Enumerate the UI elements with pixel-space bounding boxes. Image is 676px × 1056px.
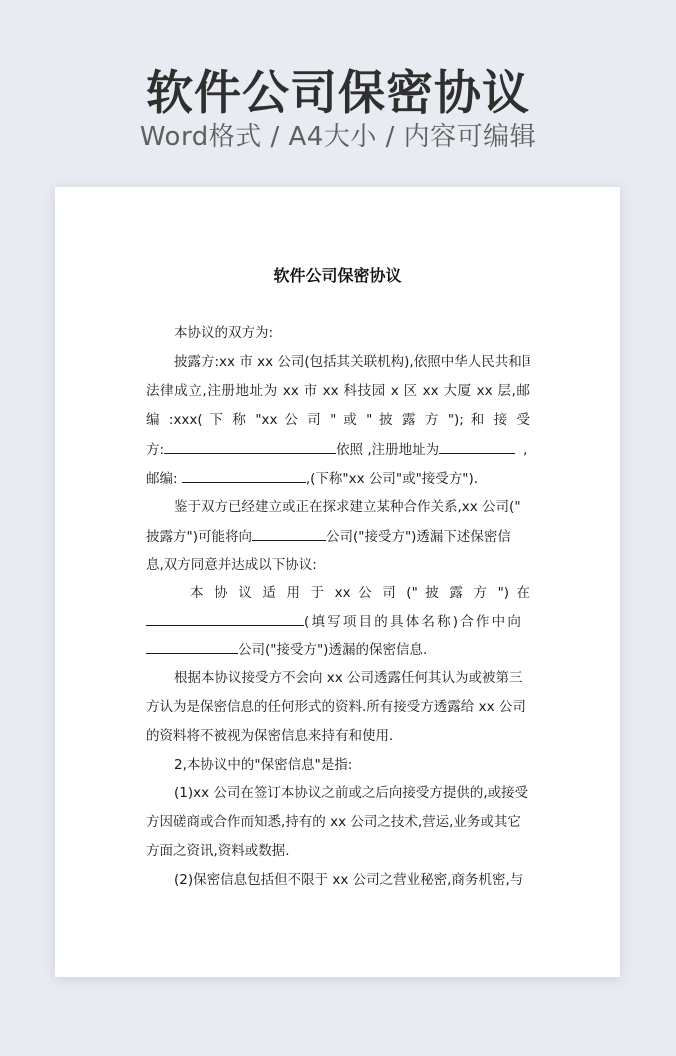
line-text: ,(下称"xx 公司"或"接受方"). (306, 471, 478, 487)
line-text: 公司("接受方")透漏下述保密信 (326, 529, 511, 545)
paragraph-line: 息,双方同意并达成以下协议: (146, 555, 530, 575)
paragraph-line: 方:依照 ,注册地址为, (146, 439, 530, 460)
paragraph-line: 本协议的双方为: (146, 323, 530, 343)
paragraph-line: 方面之资讯,资料或数据. (146, 841, 530, 861)
banner-subtitle: Word格式 / A4大小 / 内容可编辑 (0, 119, 676, 155)
paragraph-line: 披露方:xx 市 xx 公司(包括其关联机构),依照中华人民共和国 (146, 352, 530, 372)
paragraph-line: 法律成立,注册地址为 xx 市 xx 科技园 x 区 xx 大厦 xx 层,邮 (146, 381, 530, 401)
blank-field-recipient-address[interactable] (439, 439, 515, 454)
paragraph-line: 方认为是保密信息的任何形式的资料.所有接受方透露给 xx 公司 (146, 697, 530, 717)
line-text: 披露方")可能将向 (146, 529, 252, 545)
blank-field-postcode[interactable] (182, 468, 306, 483)
paragraph-line: 根据本协议接受方不会向 xx 公司透露任何其认为或被第三 (146, 668, 530, 688)
blank-field-project-name[interactable] (146, 611, 304, 626)
line-text: 依照 ,注册地址为 (336, 442, 439, 458)
blank-field-recipient-name[interactable] (164, 439, 336, 454)
paragraph-line: 披露方")可能将向公司("接受方")透漏下述保密信 (146, 526, 530, 547)
paragraph-line: (填写项目的具体名称)合作中向 (146, 611, 530, 632)
paragraph-line: 公司("接受方")透漏的保密信息. (146, 639, 530, 660)
paragraph-line: 编 :xxx( 下 称 "xx 公 司 " 或 " 披 露 方 "); 和 接 … (146, 410, 530, 430)
line-text: , (523, 442, 527, 458)
line-text: 公司("接受方")透漏的保密信息. (238, 642, 427, 658)
document-title: 软件公司保密协议 (55, 265, 620, 287)
paragraph-line: (1)xx 公司在签订本协议之前或之后向接受方提供的,或接受 (146, 783, 530, 803)
paragraph-line: 本 协 议 适 用 于 xx 公 司 (" 披 露 方 ") 在 (146, 583, 530, 603)
paragraph-line: 方因磋商或合作而知悉,持有的 xx 公司之技术,营运,业务或其它 (146, 812, 530, 832)
paragraph-line: 邮编: ,(下称"xx 公司"或"接受方"). (146, 468, 530, 489)
paragraph-line: (2)保密信息包括但不限于 xx 公司之营业秘密,商务机密,与 (146, 870, 530, 890)
blank-field-recipient-company[interactable] (252, 526, 326, 541)
line-text: 邮编: (146, 471, 182, 487)
line-text: 方: (146, 442, 164, 458)
paragraph-line: 的资料将不被视为保密信息来持有和使用. (146, 726, 530, 746)
line-text: (填写项目的具体名称)合作中向 (304, 614, 523, 630)
paragraph-line: 鉴于双方已经建立或正在探求建立某种合作关系,xx 公司(" (146, 497, 530, 517)
banner-title: 软件公司保密协议 (0, 66, 676, 122)
paragraph-line: 2,本协议中的"保密信息"是指: (146, 755, 530, 775)
blank-field-recipient-company-2[interactable] (146, 639, 238, 654)
